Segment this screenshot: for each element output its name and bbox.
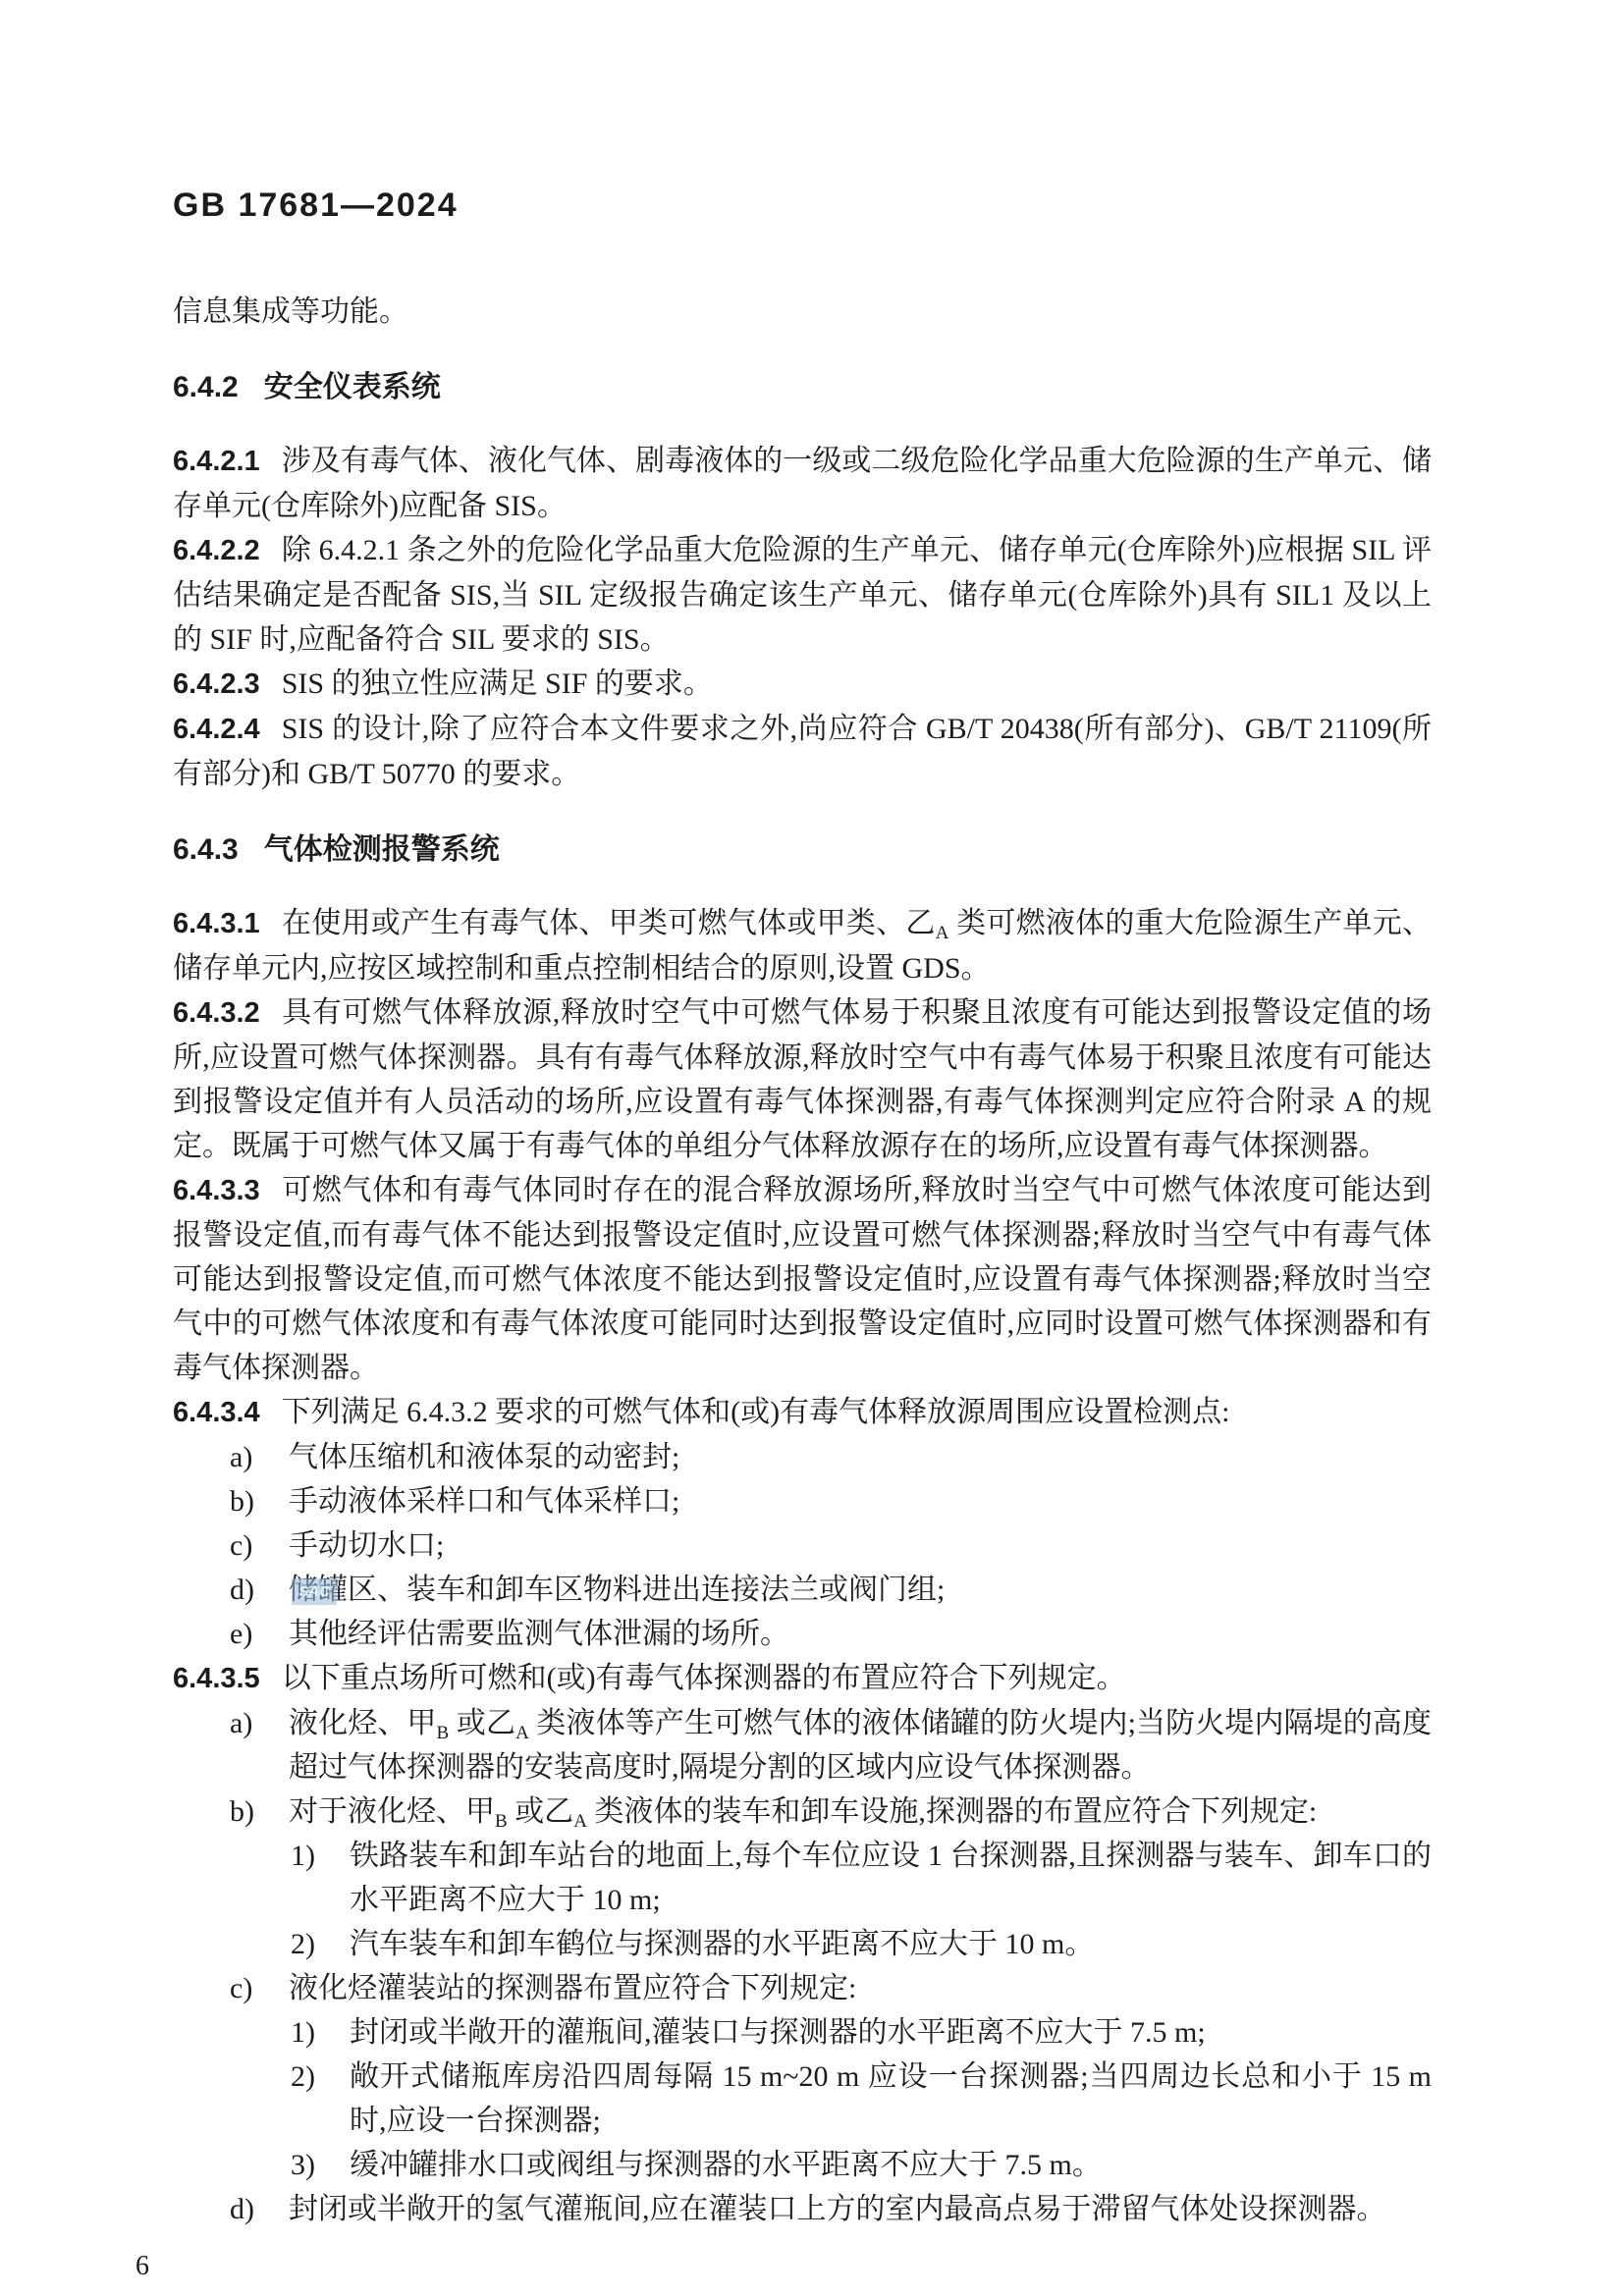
section-number: 6.4.2 xyxy=(173,371,239,403)
clause-text: 涉及有毒气体、液化气体、剧毒液体的一级或二级危险化学品重大危险源的生产单元、储存… xyxy=(173,445,1432,522)
list-item-text: 气体压缩机和液体泵的动密封; xyxy=(289,1435,1432,1479)
clause-text: SIS 的设计,除了应符合本文件要求之外,尚应符合 GB/T 20438(所有部… xyxy=(173,713,1432,790)
page-number: 6 xyxy=(135,2247,1432,2286)
clause-number: 6.4.2.2 xyxy=(173,535,260,566)
list-item-text: 铁路装车和卸车站台的地面上,每个车位应设 1 台探测器,且探测器与装车、卸车口的… xyxy=(350,1834,1432,1922)
list-marker: 2) xyxy=(291,1922,350,1966)
clause-number: 6.4.2.4 xyxy=(173,714,260,745)
list-item-c: c)手动切水口; xyxy=(173,1523,1432,1568)
clause-6433: 6.4.3.3可燃气体和有毒气体同时存在的混合释放源场所,释放时当空气中可燃气体… xyxy=(173,1168,1432,1390)
list-item-text: 敞开式储瓶库房沿四周每隔 15 m~20 m 应设一台探测器;当四周边长总和小于… xyxy=(350,2055,1432,2143)
clause-6435: 6.4.3.5以下重点场所可燃和(或)有毒气体探测器的布置应符合下列规定。 xyxy=(173,1656,1432,1701)
list-marker: b) xyxy=(230,1789,289,1834)
list-marker: d) xyxy=(230,2187,289,2231)
page-header: GB 17681—2024 xyxy=(173,187,1432,225)
list-marker: 1) xyxy=(291,2010,350,2055)
section-heading-643: 6.4.3气体检测报警系统 xyxy=(173,828,1432,872)
clause-6421: 6.4.2.1涉及有毒气体、液化气体、剧毒液体的一级或二级危险化学品重大危险源的… xyxy=(173,439,1432,528)
list-item-b: b)手动液体采样口和气体采样口; xyxy=(173,1479,1432,1523)
clause-text: 以下重点场所可燃和(或)有毒气体探测器的布置应符合下列规定。 xyxy=(282,1662,1126,1694)
section-heading-642: 6.4.2安全仪表系统 xyxy=(173,365,1432,409)
list-item-text: 手动液体采样口和气体采样口; xyxy=(289,1479,1432,1523)
list-marker: e) xyxy=(230,1612,289,1656)
clause-number: 6.4.2.3 xyxy=(173,668,260,700)
clause-text: 下列满足 6.4.3.2 要求的可燃气体和(或)有毒气体释放源周围应设置检测点: xyxy=(282,1396,1230,1428)
list-item-d: d)封闭或半敞开的氢气灌瓶间,应在灌装口上方的室内最高点易于滞留气体处设探测器。 xyxy=(173,2187,1432,2231)
clause-number: 6.4.3.3 xyxy=(173,1175,260,1206)
list-item-text: 液化烃、甲B 或乙A 类液体等产生可燃气体的液体储罐的防火堤内;当防火堤内隔堤的… xyxy=(289,1701,1432,1789)
list-item-b: b)对于液化烃、甲B 或乙A 类液体的装车和卸车设施,探测器的布置应符合下列规定… xyxy=(173,1789,1432,1834)
clause-number: 6.4.3.5 xyxy=(173,1663,260,1694)
clause-text: 具有可燃气体释放源,释放时空气中可燃气体易于积聚且浓度有可能达到报警设定值的场所… xyxy=(173,996,1432,1162)
clause-6424: 6.4.2.4SIS 的设计,除了应符合本文件要求之外,尚应符合 GB/T 20… xyxy=(173,707,1432,796)
list-subitem-1: 1)封闭或半敞开的灌瓶间,灌装口与探测器的水平距离不应大于 7.5 m; xyxy=(173,2010,1432,2055)
list-marker: 3) xyxy=(291,2143,350,2187)
section-number: 6.4.3 xyxy=(173,833,239,866)
clause-6422: 6.4.2.2除 6.4.2.1 条之外的危险化学品重大危险源的生产单元、储存单… xyxy=(173,528,1432,662)
list-item-text: 液化烃灌装站的探测器布置应符合下列规定: xyxy=(289,1966,1432,2010)
clause-text: 除 6.4.2.1 条之外的危险化学品重大危险源的生产单元、储存单元(仓库除外)… xyxy=(173,534,1432,656)
clause-text: 在使用或产生有毒气体、甲类可燃气体或甲类、乙A 类可燃液体的重大危险源生产单元、… xyxy=(173,907,1432,985)
list-subitem-2: 2)汽车装车和卸车鹤位与探测器的水平距离不应大于 10 m。 xyxy=(173,1922,1432,1966)
clause-number: 6.4.3.4 xyxy=(173,1397,260,1428)
page-footer: 6 xyxy=(173,2247,1432,2286)
document-page: GB 17681—2024 信息集成等功能。 6.4.2安全仪表系统 6.4.2… xyxy=(0,0,1624,2286)
list-item-e: e)其他经评估需要监测气体泄漏的场所。 xyxy=(173,1612,1432,1656)
list-marker: 1) xyxy=(291,1834,350,1922)
standard-code: GB 17681—2024 xyxy=(173,187,1432,225)
clause-6431: 6.4.3.1在使用或产生有毒气体、甲类可燃气体或甲类、乙A 类可燃液体的重大危… xyxy=(173,901,1432,990)
list-marker: 2) xyxy=(291,2055,350,2143)
list-item-text: 缓冲罐排水口或阀组与探测器的水平距离不应大于 7.5 m。 xyxy=(350,2143,1432,2187)
list-marker: a) xyxy=(230,1435,289,1479)
clause-6432: 6.4.3.2具有可燃气体释放源,释放时空气中可燃气体易于积聚且浓度有可能达到报… xyxy=(173,990,1432,1168)
list-item-text: 储罐区、装车和卸车区物料进出连接法兰或阀门组; xyxy=(289,1568,1432,1612)
list-subitem-1: 1)铁路装车和卸车站台的地面上,每个车位应设 1 台探测器,且探测器与装车、卸车… xyxy=(173,1834,1432,1922)
list-marker: c) xyxy=(230,1523,289,1568)
clause-number: 6.4.2.1 xyxy=(173,446,260,477)
clause-6434: 6.4.3.4下列满足 6.4.3.2 要求的可燃气体和(或)有毒气体释放源周围… xyxy=(173,1390,1432,1435)
list-subitem-2: 2)敞开式储瓶库房沿四周每隔 15 m~20 m 应设一台探测器;当四周边长总和… xyxy=(173,2055,1432,2143)
list-marker: d) xyxy=(230,1568,289,1612)
list-marker: a) xyxy=(230,1701,289,1789)
list-item-d: d)储罐区、装车和卸车区物料进出连接法兰或阀门组; xyxy=(173,1568,1432,1612)
list-item-text: 封闭或半敞开的氢气灌瓶间,应在灌装口上方的室内最高点易于滞留气体处设探测器。 xyxy=(289,2187,1432,2231)
list-item-text: 对于液化烃、甲B 或乙A 类液体的装车和卸车设施,探测器的布置应符合下列规定: xyxy=(289,1789,1432,1834)
clause-number: 6.4.3.2 xyxy=(173,997,260,1029)
list-item-text: 汽车装车和卸车鹤位与探测器的水平距离不应大于 10 m。 xyxy=(350,1922,1432,1966)
list-item-text: 其他经评估需要监测气体泄漏的场所。 xyxy=(289,1612,1432,1656)
section-title: 安全仪表系统 xyxy=(264,371,441,403)
clause-text: 可燃气体和有毒气体同时存在的混合释放源场所,释放时当空气中可燃气体浓度可能达到报… xyxy=(173,1174,1432,1384)
list-item-c: c)液化烃灌装站的探测器布置应符合下列规定: xyxy=(173,1966,1432,2010)
clause-number: 6.4.3.1 xyxy=(173,908,260,939)
sac-watermark: SAC xyxy=(292,1578,337,1605)
list-item-a: a)液化烃、甲B 或乙A 类液体等产生可燃气体的液体储罐的防火堤内;当防火堤内隔… xyxy=(173,1701,1432,1789)
list-marker: b) xyxy=(230,1479,289,1523)
clause-text: SIS 的独立性应满足 SIF 的要求。 xyxy=(282,667,713,700)
list-marker: c) xyxy=(230,1966,289,2010)
list-item-a: a)气体压缩机和液体泵的动密封; xyxy=(173,1435,1432,1479)
section-title: 气体检测报警系统 xyxy=(264,833,500,866)
list-item-text: 手动切水口; xyxy=(289,1523,1432,1568)
list-item-text: 封闭或半敞开的灌瓶间,灌装口与探测器的水平距离不应大于 7.5 m; xyxy=(350,2010,1432,2055)
paragraph-intro: 信息集成等功能。 xyxy=(173,290,1432,334)
clause-6423: 6.4.2.3SIS 的独立性应满足 SIF 的要求。 xyxy=(173,662,1432,707)
document-body: 信息集成等功能。 6.4.2安全仪表系统 6.4.2.1涉及有毒气体、液化气体、… xyxy=(173,290,1432,2231)
list-subitem-3: 3)缓冲罐排水口或阀组与探测器的水平距离不应大于 7.5 m。 xyxy=(173,2143,1432,2187)
